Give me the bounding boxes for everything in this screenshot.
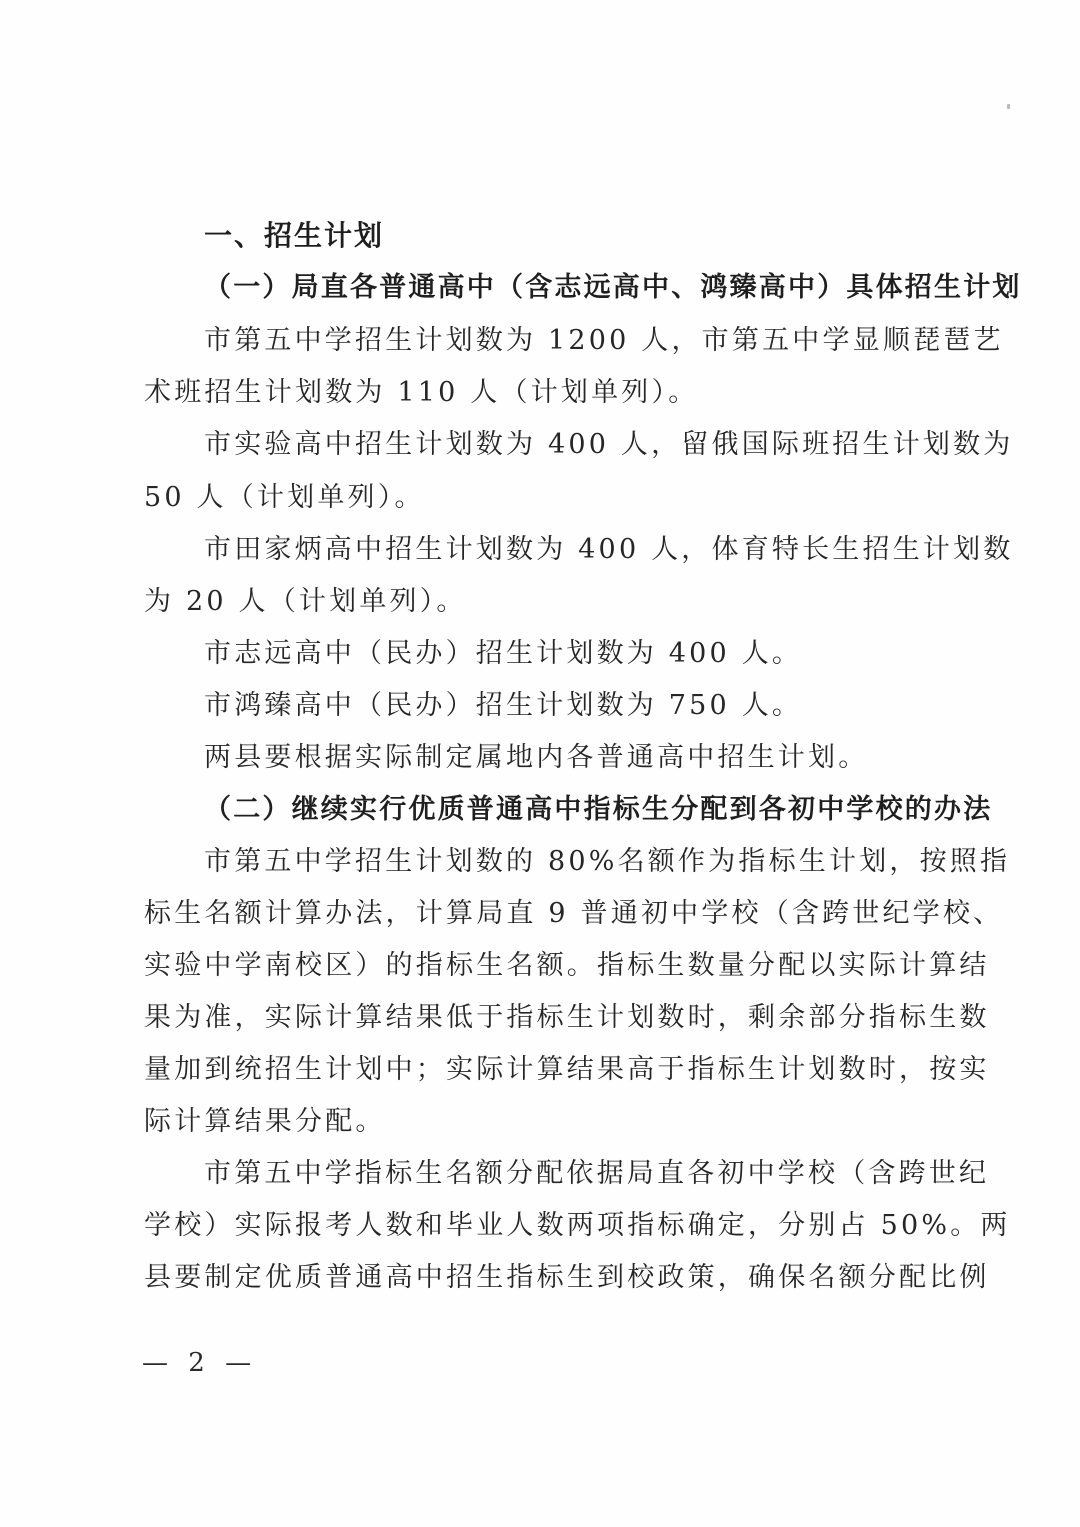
page-number: — 2 — — [142, 1346, 257, 1380]
paragraph-line: 为 20 人（计划单列）。 — [144, 582, 467, 622]
scan-speck — [1007, 104, 1010, 109]
paragraph-line: 际计算结果分配。 — [144, 1102, 386, 1142]
paragraph-line: 市鸿臻高中（民办）招生计划数为 750 人。 — [204, 686, 802, 726]
document-page: 一、招生计划 （一）局直各普通高中（含志远高中、鸿臻高中）具体招生计划 市第五中… — [0, 0, 1080, 1527]
paragraph-line: 市第五中学指标生名额分配依据局直各初中学校（含跨世纪 — [204, 1154, 989, 1194]
paragraph-line: 市实验高中招生计划数为 400 人，留俄国际班招生计划数为 — [204, 425, 1014, 465]
subsection-2-heading: （二）继续实行优质普通高中指标生分配到各初中学校的办法 — [204, 790, 992, 830]
paragraph-line: 50 人（计划单列）。 — [144, 478, 425, 518]
paragraph-line: 市第五中学招生计划数的 80%名额作为指标生计划，按照指 — [204, 842, 1010, 882]
paragraph-line: 两县要根据实际制定属地内各普通高中招生计划。 — [204, 738, 868, 778]
paragraph-line: 量加到统招生计划中；实际计算结果高于指标生计划数时，按实 — [144, 1050, 990, 1090]
subsection-1-heading: （一）局直各普通高中（含志远高中、鸿臻高中）具体招生计划 — [204, 268, 1022, 308]
paragraph-line: 市第五中学招生计划数为 1200 人，市第五中学显顺琵琶艺 — [204, 321, 1004, 361]
paragraph-line: 果为准，实际计算结果低于指标生计划数时，剩余部分指标生数 — [144, 998, 990, 1038]
paragraph-line: 术班招生计划数为 110 人（计划单列）。 — [144, 373, 698, 413]
paragraph-line: 实验中学南校区）的指标生名额。指标生数量分配以实际计算结 — [144, 946, 990, 986]
paragraph-line: 标生名额计算办法，计算局直 9 普通初中学校（含跨世纪学校、 — [144, 894, 1003, 934]
paragraph-line: 市田家炳高中招生计划数为 400 人，体育特长生招生计划数 — [204, 530, 1014, 570]
paragraph-line: 县要制定优质普通高中招生指标生到校政策，确保名额分配比例 — [144, 1258, 990, 1298]
paragraph-line: 市志远高中（民办）招生计划数为 400 人。 — [204, 634, 802, 674]
paragraph-line: 学校）实际报考人数和毕业人数两项指标确定，分别占 50%。两 — [144, 1206, 1011, 1246]
section-heading: 一、招生计划 — [204, 216, 384, 256]
